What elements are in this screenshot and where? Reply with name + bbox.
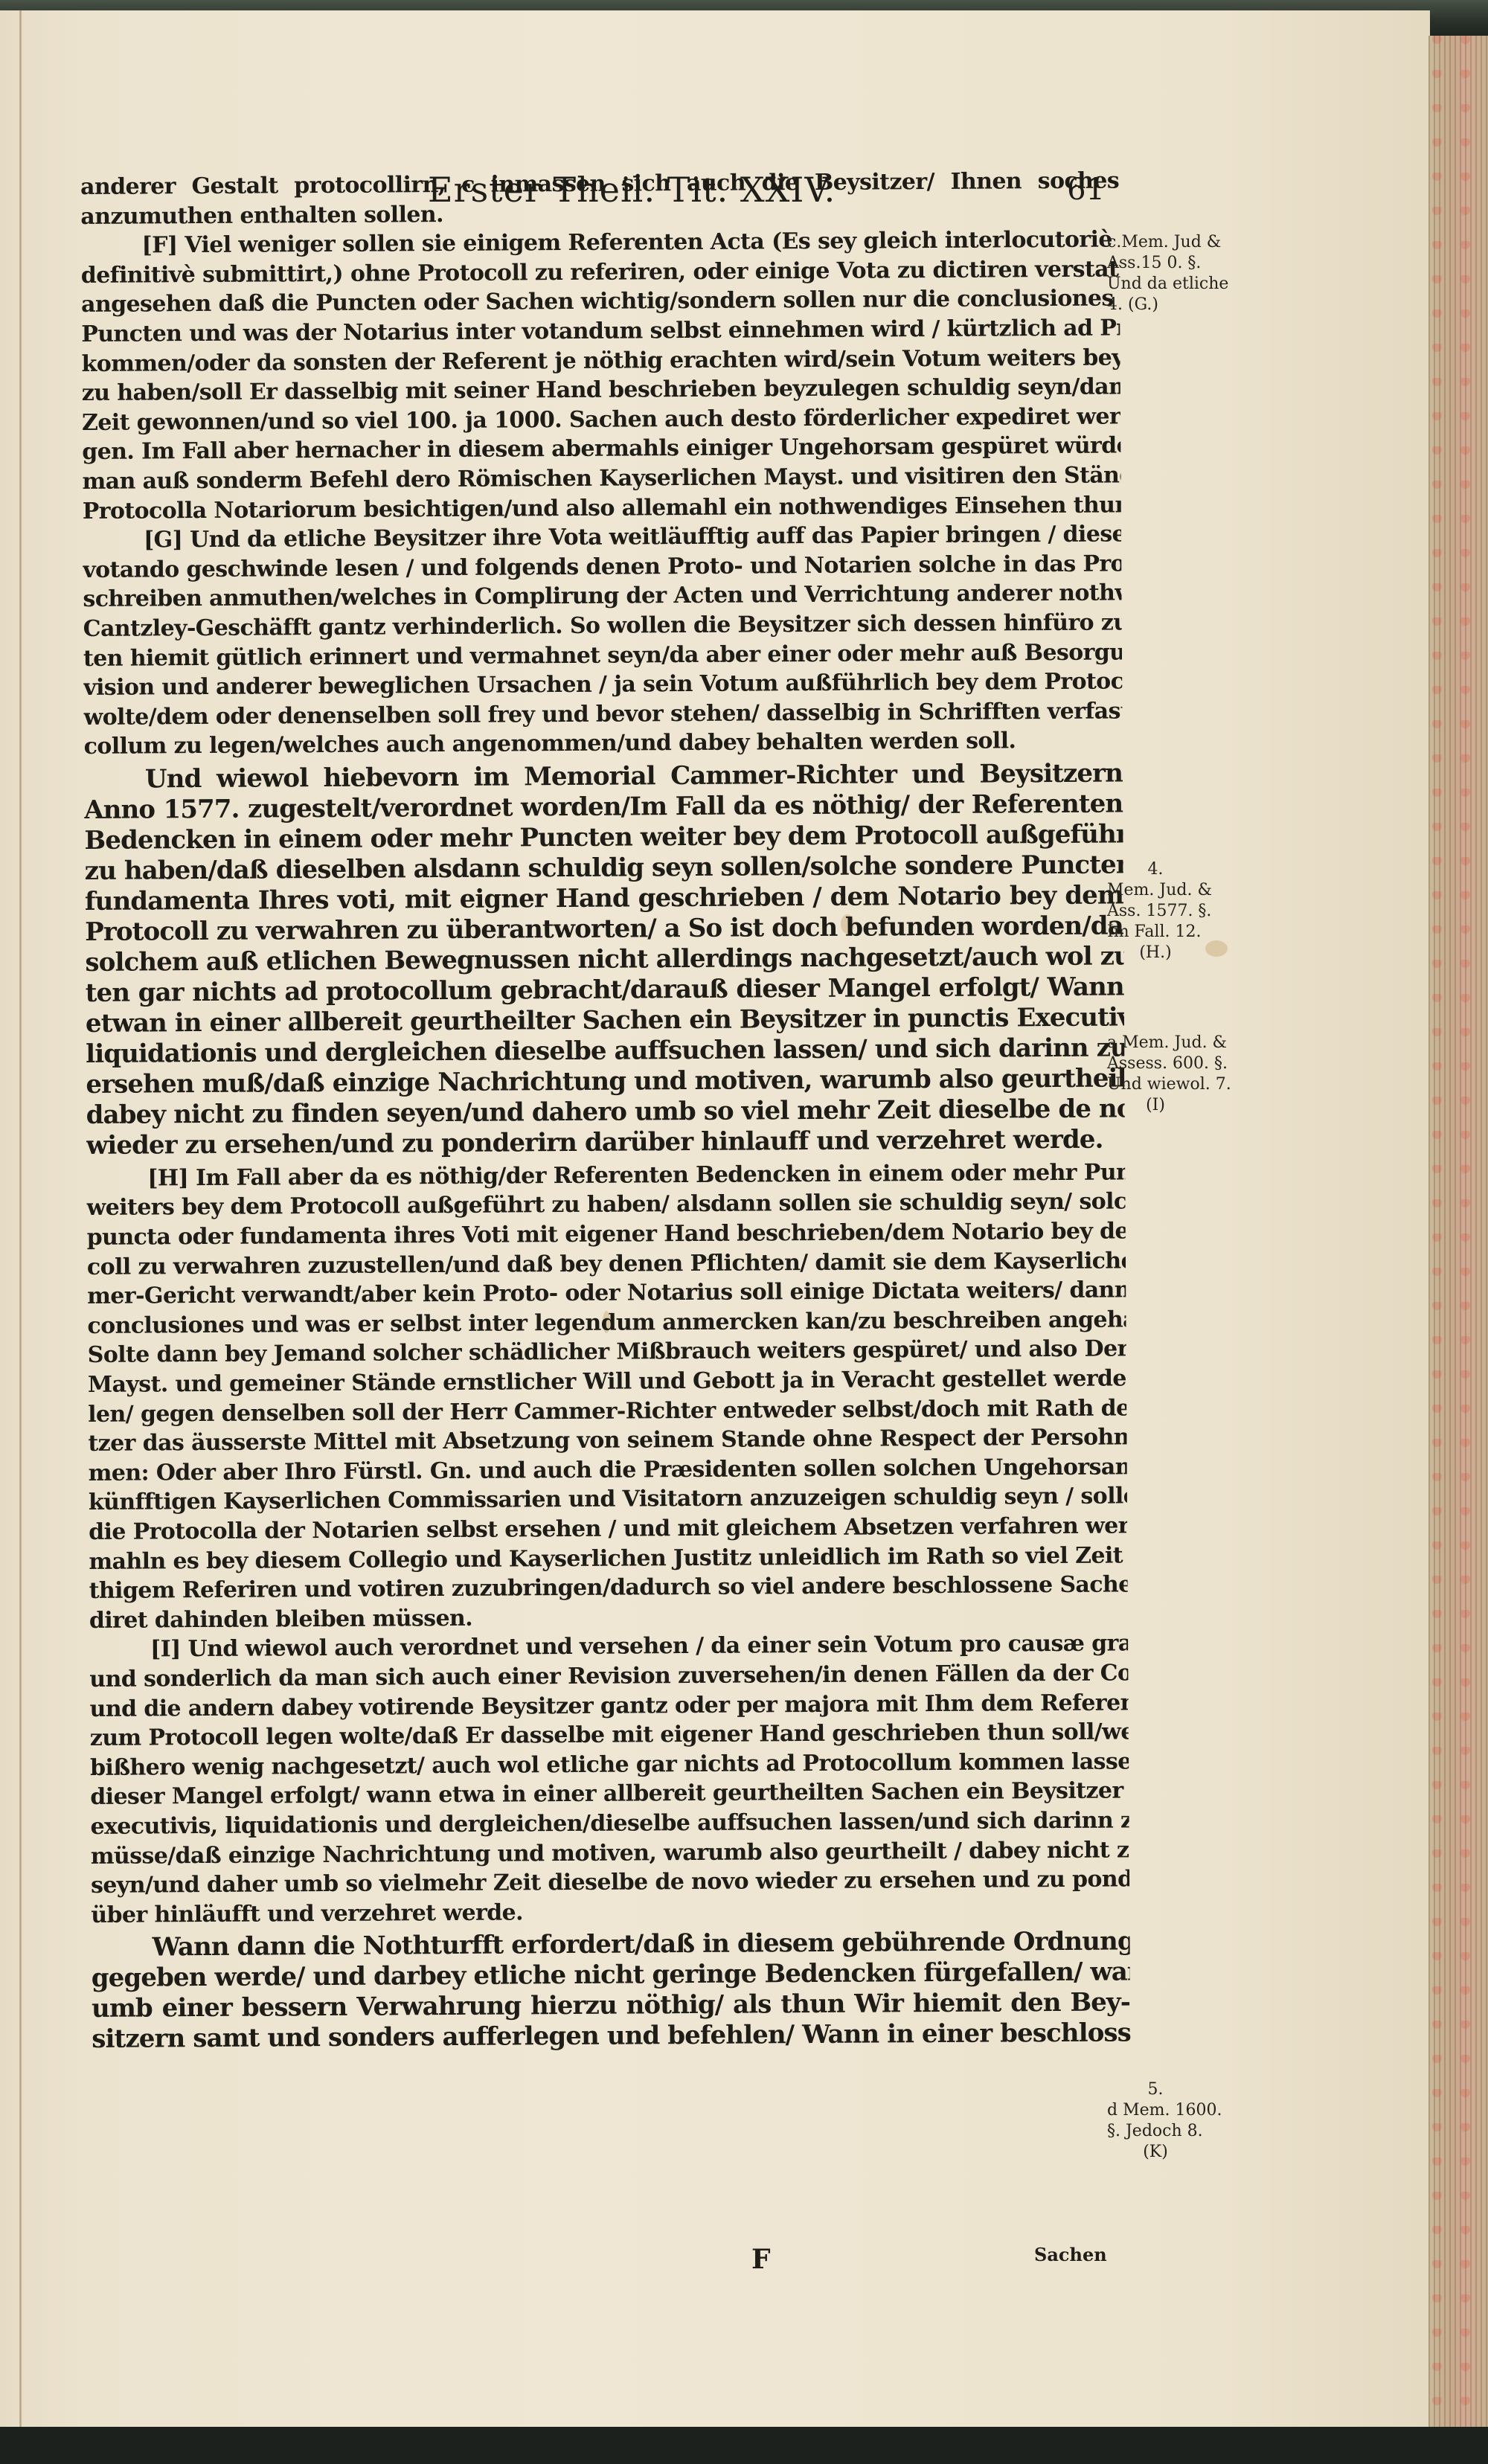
book-cover-bottom [0, 2427, 1488, 2464]
text-line: sitzern samt und sonders aufferlegen und… [92, 2018, 1130, 2056]
catchword: Sachen [1034, 2244, 1107, 2265]
marginal-note: 5. d Mem. 1600. §. Jedoch 8. (K) [1107, 2079, 1256, 2163]
gutter-fold [19, 10, 22, 2428]
marginal-note: 4. Mem. Jud. & Ass. 1577. §. Im Fall. 12… [1107, 859, 1256, 963]
page-edges [1428, 36, 1488, 2428]
text-line: wieder zu ersehen/und zu ponderirn darüb… [86, 1124, 1125, 1161]
body-text: anderer Gestalt protocollirn, c inmassen… [80, 166, 1130, 2055]
signature-mark: F [751, 2244, 771, 2275]
marginal-note: a Mem. Jud. & Assess. 600. §. Und wiewol… [1107, 1033, 1256, 1116]
marginal-note: c.Mem. Jud & Ass.15 0. §. Und da etliche… [1107, 232, 1256, 315]
